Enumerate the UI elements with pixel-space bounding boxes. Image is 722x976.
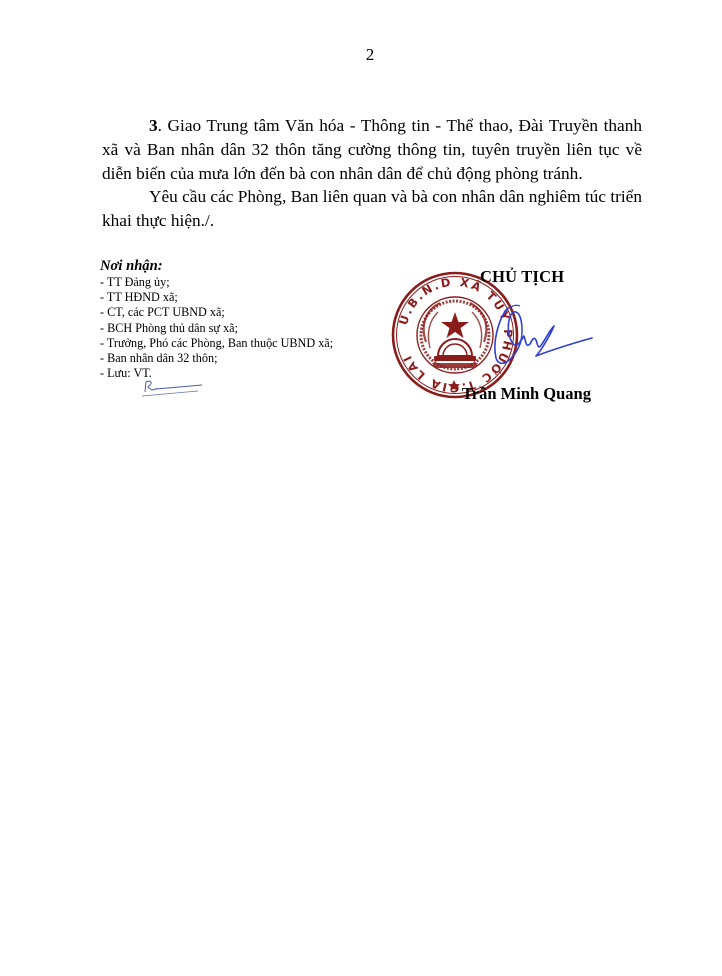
signature-block: CHỦ TỊCH U.B.N.D XÃ TUY PHƯỚC T.GIA LAI xyxy=(385,260,625,420)
item-number: 3 xyxy=(149,116,158,135)
recipient-item: - Trưởng, Phó các Phòng, Ban thuộc UBND … xyxy=(100,336,333,351)
recipients-block: Nơi nhận: - TT Đảng ủy; - TT HĐND xã; - … xyxy=(100,258,333,381)
paragraph-item-3: 3. Giao Trung tâm Văn hóa - Thông tin - … xyxy=(102,114,642,186)
recipient-item: - CT, các PCT UBND xã; xyxy=(100,305,333,320)
initials-mark-icon xyxy=(140,378,210,398)
paragraph-request: Yêu cầu các Phòng, Ban liên quan và bà c… xyxy=(102,185,642,233)
recipient-item: - TT Đảng ủy; xyxy=(100,275,333,290)
paragraph-text: . Giao Trung tâm Văn hóa - Thông tin - T… xyxy=(102,116,642,183)
page-number: 2 xyxy=(0,45,722,65)
recipient-item: - Ban nhân dân 32 thôn; xyxy=(100,351,333,366)
handwritten-signature-icon xyxy=(480,300,600,380)
recipient-item: - TT HĐND xã; xyxy=(100,290,333,305)
recipients-title: Nơi nhận: xyxy=(100,258,333,275)
recipient-item: - BCH Phòng thủ dân sự xã; xyxy=(100,321,333,336)
recipient-item: - Lưu: VT. xyxy=(100,366,333,381)
